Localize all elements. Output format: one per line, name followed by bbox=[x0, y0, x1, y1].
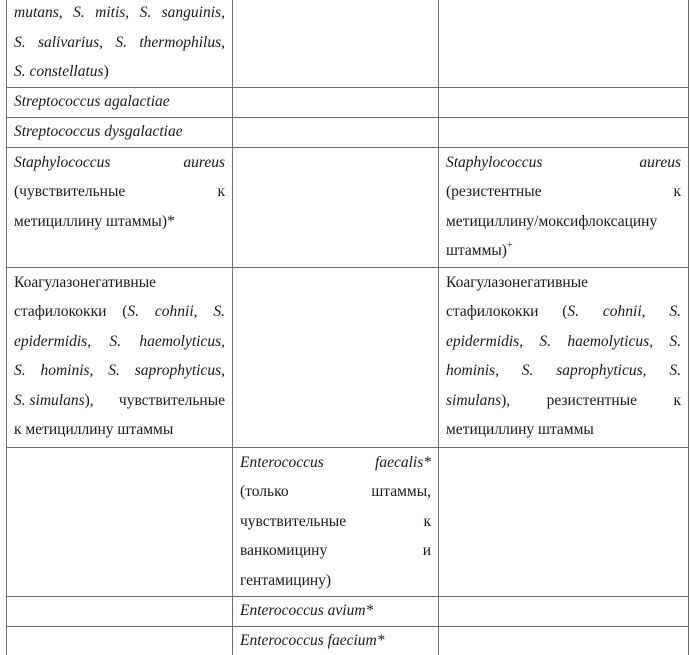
text-line: mutans,S.mitis,S.sanguinis, bbox=[14, 0, 225, 28]
text-line: Enterococcusfaecalis* bbox=[240, 448, 431, 478]
text-line: (резистентныек bbox=[446, 177, 681, 207]
cell-empty bbox=[439, 447, 689, 596]
cell-enterococcus-avium: Enterococcus avium* bbox=[233, 596, 439, 626]
word: S. bbox=[140, 0, 152, 28]
word: S. bbox=[669, 327, 681, 357]
word: S. simulans), bbox=[14, 386, 94, 416]
text-line: стафилококки(S.cohnii,S. bbox=[446, 297, 681, 327]
word: к bbox=[673, 177, 681, 207]
word: S. bbox=[109, 327, 121, 357]
word: sanguinis, bbox=[162, 0, 225, 28]
cell-coagulase-negative-susceptible: Коагулазонегативныестафилококки(S.cohnii… bbox=[7, 267, 233, 447]
word: S. bbox=[522, 356, 534, 386]
word: S. constellatus) bbox=[14, 57, 109, 87]
word: к bbox=[673, 386, 681, 416]
word: saprophyticus, bbox=[135, 356, 225, 386]
word: S. bbox=[213, 297, 225, 327]
table-row: Коагулазонегативныестафилококки(S.cohnii… bbox=[7, 267, 689, 447]
word: epidermidis, bbox=[446, 327, 523, 357]
text-line: Коагулазонегативные bbox=[446, 268, 681, 298]
table-row: Enterococcusfaecalis*(толькоштаммы,чувст… bbox=[7, 447, 689, 596]
cell-empty bbox=[7, 596, 233, 626]
word: S. bbox=[539, 327, 551, 357]
word: hominis, bbox=[446, 356, 499, 386]
text-line: S. simulans),чувствительные bbox=[14, 386, 225, 416]
cell-empty bbox=[233, 117, 439, 147]
word: (S. bbox=[122, 297, 139, 327]
word: hominis, bbox=[40, 356, 93, 386]
text-line: epidermidis,S.haemolyticus,S. bbox=[446, 327, 681, 357]
word: saprophyticus, bbox=[556, 356, 646, 386]
text-line: стафилококки(S.cohnii,S. bbox=[14, 297, 225, 327]
word: thermophilus, bbox=[139, 28, 225, 58]
cell-text: Enterococcus faecium* bbox=[240, 632, 384, 649]
text-line: ванкомицинуи bbox=[240, 536, 431, 566]
cell-empty bbox=[439, 87, 689, 117]
text-line: simulans),резистентныек bbox=[446, 386, 681, 416]
word: cohnii, bbox=[603, 297, 646, 327]
text-line: epidermidis,S.haemolyticus, bbox=[14, 327, 225, 357]
cell-empty bbox=[439, 0, 689, 87]
cell-text: Коагулазонегативныестафилококки(S.cohnii… bbox=[446, 268, 681, 445]
cell-coagulase-negative-resistant: Коагулазонегативныестафилококки(S.cohnii… bbox=[439, 267, 689, 447]
word: cohnii, bbox=[155, 297, 198, 327]
word: чувствительные bbox=[119, 386, 225, 416]
word: стафилококки bbox=[14, 297, 106, 327]
cell-empty bbox=[439, 596, 689, 626]
text-line: метициллину штаммы bbox=[446, 415, 681, 445]
word: faecalis* bbox=[375, 448, 431, 478]
word: (только bbox=[240, 477, 289, 507]
text-line: Коагулазонегативные bbox=[14, 268, 225, 298]
text-line: (толькоштаммы, bbox=[240, 477, 431, 507]
word: резистентные bbox=[547, 386, 637, 416]
cell-text: Коагулазонегативныестафилококки(S.cohnii… bbox=[14, 268, 225, 445]
table-row: mutans,S.mitis,S.sanguinis,S.salivarius,… bbox=[7, 0, 689, 87]
cell-empty bbox=[7, 447, 233, 596]
cell-text: Staphylococcusaureus(чувствительныекмети… bbox=[14, 148, 225, 237]
cell-empty bbox=[7, 626, 233, 655]
word: Коагулазонегативные bbox=[446, 268, 588, 298]
cell-streptococcus-dysgalactiae: Streptococcus dysgalactiae bbox=[7, 117, 233, 147]
word: S. bbox=[115, 28, 127, 58]
word: ванкомицину bbox=[240, 536, 327, 566]
text-line: (чувствительныек bbox=[14, 177, 225, 207]
word: Staphylococcus bbox=[14, 148, 110, 178]
word: (резистентные bbox=[446, 177, 542, 207]
word: (S. bbox=[562, 297, 579, 327]
word: Коагулазонегативные bbox=[14, 268, 156, 298]
cell-staphylococcus-aureus-susceptible: Staphylococcusaureus(чувствительныекмети… bbox=[7, 147, 233, 267]
cell-staphylococcus-aureus-resistant: Staphylococcusaureus(резистентныекметици… bbox=[439, 147, 689, 267]
cell-streptococcus-agalactiae: Streptococcus agalactiae bbox=[7, 87, 233, 117]
cell-empty bbox=[233, 267, 439, 447]
word: salivarius, bbox=[38, 28, 103, 58]
cell-text: Streptococcus agalactiae bbox=[14, 93, 170, 110]
text-line: Staphylococcusaureus bbox=[14, 148, 225, 178]
word: haemolyticus, bbox=[139, 327, 225, 357]
word: метициллину штаммы bbox=[446, 415, 594, 445]
word: и bbox=[423, 536, 431, 566]
table-row: Staphylococcusaureus(чувствительныекмети… bbox=[7, 147, 689, 267]
text-line: штаммы)+ bbox=[446, 236, 681, 266]
word: штаммы, bbox=[371, 477, 431, 507]
word: гентамицину) bbox=[240, 566, 331, 596]
word: epidermidis, bbox=[14, 327, 91, 357]
word: Enterococcus bbox=[240, 448, 324, 478]
table-row: Streptococcus agalactiae bbox=[7, 87, 689, 117]
word: S. bbox=[108, 356, 120, 386]
word: simulans), bbox=[446, 386, 510, 416]
cell-empty bbox=[233, 0, 439, 87]
text-line: метициллину/моксифлоксацину bbox=[446, 207, 681, 237]
cell-enterococcus-faecalis: Enterococcusfaecalis*(толькоштаммы,чувст… bbox=[233, 447, 439, 596]
table-row: Enterococcus avium* bbox=[7, 596, 689, 626]
word: чувствительные bbox=[240, 507, 346, 537]
cell-empty bbox=[233, 147, 439, 267]
text-line: гентамицину) bbox=[240, 566, 431, 596]
cell-text: Enterococcusfaecalis*(толькоштаммы,чувст… bbox=[240, 448, 431, 596]
cell-empty bbox=[439, 626, 689, 655]
word: Staphylococcus bbox=[446, 148, 542, 178]
cell-empty bbox=[233, 87, 439, 117]
word: к bbox=[217, 177, 225, 207]
word: метициллину/моксифлоксацину bbox=[446, 207, 657, 237]
text-line: чувствительныек bbox=[240, 507, 431, 537]
word: S. bbox=[73, 0, 85, 28]
word: к bbox=[423, 507, 431, 537]
word: к метициллину штаммы bbox=[14, 415, 173, 445]
text-line: S.hominis,S.saprophyticus, bbox=[14, 356, 225, 386]
word: штаммы)+ bbox=[446, 236, 513, 266]
cell-text: mutans,S.mitis,S.sanguinis,S.salivarius,… bbox=[14, 0, 225, 87]
word: mitis, bbox=[95, 0, 129, 28]
word: mutans, bbox=[14, 0, 63, 28]
cell-text: Enterococcus avium* bbox=[240, 602, 373, 619]
text-line: S.salivarius,S.thermophilus, bbox=[14, 28, 225, 58]
word: S. bbox=[669, 356, 681, 386]
word: S. bbox=[14, 356, 26, 386]
table-row: Streptococcus dysgalactiae bbox=[7, 117, 689, 147]
superscript-marker: + bbox=[507, 240, 513, 251]
microorganism-table: mutans,S.mitis,S.sanguinis,S.salivarius,… bbox=[6, 0, 689, 655]
text-line: hominis,S.saprophyticus,S. bbox=[446, 356, 681, 386]
text-line: метициллину штаммы)* bbox=[14, 207, 225, 237]
word: метициллину штаммы)* bbox=[14, 207, 175, 237]
table-row: Enterococcus faecium* bbox=[7, 626, 689, 655]
text-line: к метициллину штаммы bbox=[14, 415, 225, 445]
text-line: S. constellatus) bbox=[14, 57, 225, 87]
word: aureus bbox=[639, 148, 681, 178]
word: S. bbox=[669, 297, 681, 327]
cell-text: Streptococcus dysgalactiae bbox=[14, 123, 183, 140]
cell-enterococcus-faecium: Enterococcus faecium* bbox=[233, 626, 439, 655]
word: haemolyticus, bbox=[567, 327, 653, 357]
cell-empty bbox=[439, 117, 689, 147]
cell-text: Staphylococcusaureus(резистентныекметици… bbox=[446, 148, 681, 266]
text-line: Staphylococcusaureus bbox=[446, 148, 681, 178]
document-page: mutans,S.mitis,S.sanguinis,S.salivarius,… bbox=[0, 0, 690, 655]
word: aureus bbox=[183, 148, 225, 178]
cell-streptococci-continued: mutans,S.mitis,S.sanguinis,S.salivarius,… bbox=[7, 0, 233, 87]
word: (чувствительные bbox=[14, 177, 125, 207]
word: S. bbox=[14, 28, 26, 58]
word: стафилококки bbox=[446, 297, 538, 327]
